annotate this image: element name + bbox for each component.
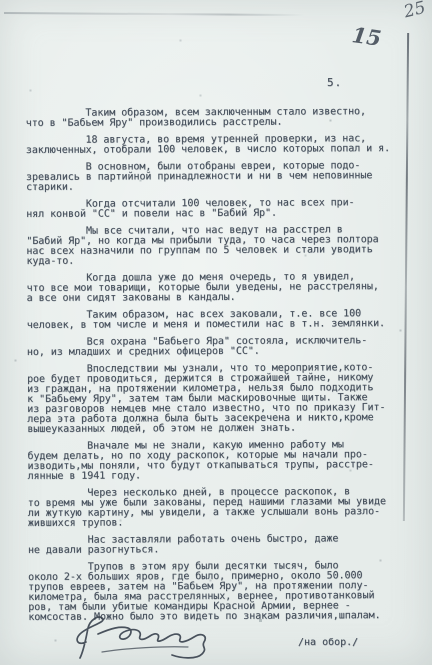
- paragraph: Когда отсчитали 100 человек, то нас всех…: [26, 198, 406, 220]
- paragraph: Таким образом, нас всех заковали, т.е. в…: [27, 309, 407, 331]
- scanned-document-page: 25 15 5. Таким образом, всем заключенным…: [0, 0, 432, 665]
- handwritten-corner-number: 25: [402, 0, 428, 22]
- handwritten-page-mark: 15: [350, 22, 382, 51]
- paragraph: Когда дошла уже до меня очередь, то я ув…: [27, 272, 407, 304]
- scan-noise: [0, 0, 1, 1]
- paragraph: Впоследствии мы узнали, что то мероприят…: [27, 363, 407, 435]
- signature: [68, 612, 248, 664]
- paragraph: Таким образом, всем заключенным стало из…: [26, 107, 406, 129]
- paragraph: Вначале мы не знали, какую именно работу…: [27, 440, 407, 482]
- paragraph: Вся охрана "Бабьего Яра" состояла, исклю…: [27, 336, 407, 358]
- reverse-side-note: /на обор./: [298, 637, 358, 648]
- paragraph: Нас заставляли работать очень быстро, да…: [28, 534, 408, 556]
- paragraph: Мы все считали, что нас ведут на расстре…: [26, 225, 406, 267]
- paragraph: В основном, были отобраны евреи, которые…: [26, 161, 406, 193]
- paper-crease: [4, 12, 304, 16]
- paragraph: 18 августа, во время утренней проверки, …: [26, 134, 406, 156]
- document-text-block: Таким образом, всем заключенным стало из…: [26, 107, 409, 630]
- paragraph: Через несколько дней, в процессе раскопо…: [28, 487, 408, 529]
- page-number: 5.: [327, 76, 342, 89]
